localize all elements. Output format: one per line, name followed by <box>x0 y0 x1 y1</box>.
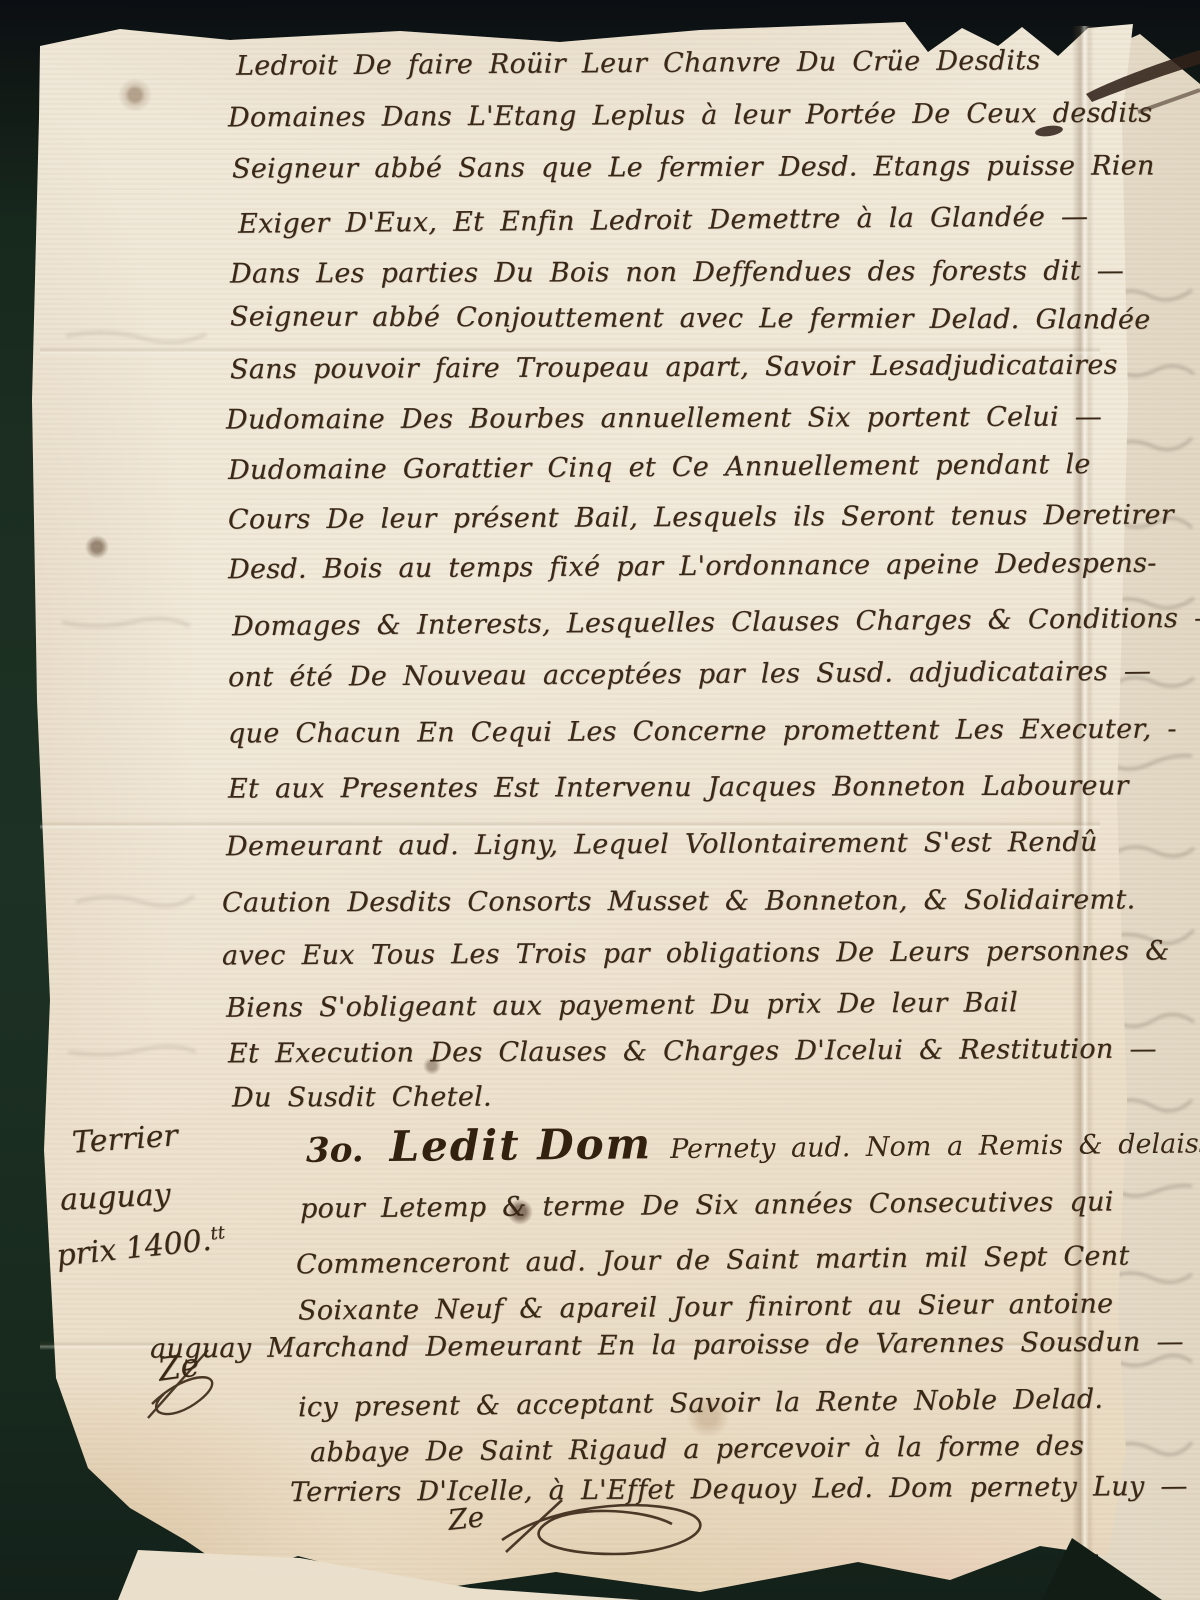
margin-paraph-initials: Ze <box>156 1345 202 1388</box>
manuscript-line: Sans pouvoir faire Troupeau apart, Savoi… <box>230 350 1118 386</box>
manuscript-line: Desd. Bois au temps fixé par L'ordonnanc… <box>228 548 1157 585</box>
photographed-manuscript: Ledroit De faire Roüir Leur Chanvre Du C… <box>0 0 1200 1600</box>
margin-note-name: auguay <box>59 1177 171 1218</box>
manuscript-line: Ledroit De faire Roüir Leur Chanvre Du C… <box>236 45 1041 82</box>
section-heading-rest: Pernety aud. Nom a Remis & delaissé <box>670 1128 1200 1165</box>
manuscript-line: Dudomaine Gorattier Cinq et Ce Annuellem… <box>228 449 1091 486</box>
manuscript-line: ont été De Nouveau acceptées par les Sus… <box>228 656 1151 693</box>
section-number: 3o. <box>306 1130 364 1171</box>
section-heading: Ledit Dom <box>389 1119 652 1171</box>
margin-note-terrier: Terrier <box>71 1118 179 1160</box>
manuscript-line: Et aux Presentes Est Intervenu Jacques B… <box>228 770 1129 804</box>
manuscript-line: Demeurant aud. Ligny, Lequel Vollontaire… <box>226 827 1098 863</box>
price-superscript: tt <box>209 1222 226 1244</box>
manuscript-line: Terriers D'Icelle, à L'Effet Dequoy Led.… <box>290 1471 1188 1508</box>
manuscript-line: Et Execution Des Clauses & Charges D'Ice… <box>228 1034 1157 1070</box>
manuscript-line: Du Susdit Chetel. <box>232 1082 492 1114</box>
manuscript-line: que Chacun En Cequi Les Concerne promett… <box>228 714 1177 750</box>
manuscript-line: Domaines Dans L'Etang Leplus à leur Port… <box>228 98 1153 134</box>
manuscript-line: Dans Les parties Du Bois non Deffendues … <box>230 255 1124 289</box>
manuscript-line: Seigneur abbé Sans que Le fermier Desd. … <box>232 150 1155 184</box>
section-heading-line: 3o.Ledit DomPernety aud. Nom a Remis & d… <box>306 1113 1200 1172</box>
manuscript-line: Caution Desdits Consorts Musset & Bonnet… <box>222 884 1136 918</box>
manuscript-line: avec Eux Tous Les Trois par obligations … <box>222 936 1170 972</box>
bottom-paraph-initials: Ze <box>446 1500 485 1537</box>
manuscript-line: Cours De leur présent Bail, Lesquels ils… <box>228 500 1174 536</box>
manuscript-line: Biens S'obligeant aux payement Du prix D… <box>226 987 1018 1024</box>
manuscript-line: Dudomaine Des Bourbes annuellement Six p… <box>226 401 1102 435</box>
manuscript-line: Seigneur abbé Conjouttement avec Le ferm… <box>230 301 1151 335</box>
